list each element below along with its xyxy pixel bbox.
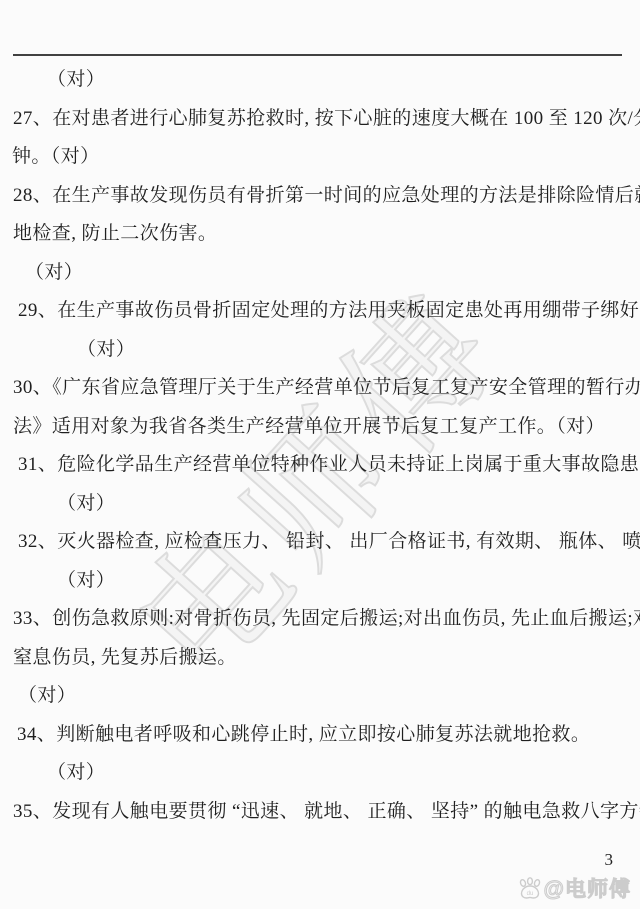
document-line-16: 窒息伤员, 先复苏后搬运。: [8, 639, 634, 678]
document-line-11: 31、危险化学品生产经营单位特种作业人员未持证上岗属于重大事故隐患。: [8, 446, 634, 485]
document-line-9: 30、《广东省应急管理厅关于生产经营单位节后复工复产安全管理的暂行办: [8, 369, 634, 408]
document-line-15: 33、创伤急救原则:对骨折伤员, 先固定后搬运;对出血伤员, 先止血后搬运;对: [8, 600, 634, 639]
document-line-3: 钟。（对）: [8, 138, 634, 177]
watermark-badge: du @电师傅: [517, 873, 631, 903]
svg-text:du: du: [526, 891, 533, 897]
document-line-17: （对）: [8, 677, 634, 716]
document-body: （对）27、在对患者进行心肺复苏抢救时, 按下心脏的速度大概在 100 至 12…: [8, 61, 634, 831]
document-line-8: （对）: [8, 331, 634, 370]
document-line-7: 29、在生产事故伤员骨折固定处理的方法用夹板固定患处再用绷带子绑好。: [8, 292, 634, 331]
header-rule: [13, 54, 622, 56]
document-line-2: 27、在对患者进行心肺复苏抢救时, 按下心脏的速度大概在 100 至 120 次…: [8, 100, 634, 139]
document-line-4: 28、在生产事故发现伤员有骨折第一时间的应急处理的方法是排除险情后就: [8, 177, 634, 216]
document-line-18: 34、判断触电者呼吸和心跳停止时, 应立即按心肺复苏法就地抢救。: [8, 716, 634, 755]
document-line-13: 32、灭火器检查, 应检查压力、 铅封、 出厂合格证书, 有效期、 瓶体、 喷管…: [8, 523, 634, 562]
paw-icon: du: [517, 876, 543, 900]
document-line-6: （对）: [8, 254, 634, 293]
document-line-20: 35、发现有人触电要贯彻 “迅速、 就地、 正确、 坚持” 的触电急救八字方针。: [8, 793, 634, 832]
document-line-14: （对）: [8, 562, 634, 601]
document-line-10: 法》适用对象为我省各类生产经营单位开展节后复工复产工作。（对）: [8, 408, 634, 447]
document-line-5: 地检查, 防止二次伤害。: [8, 215, 634, 254]
badge-handle: @电师傅: [544, 873, 631, 903]
document-line-19: （对）: [8, 754, 634, 793]
document-line-12: （对）: [8, 485, 634, 524]
document-page: 电师傅 （对）27、在对患者进行心肺复苏抢救时, 按下心脏的速度大概在 100 …: [0, 0, 640, 909]
document-line-1: （对）: [8, 61, 634, 100]
page-number: 3: [605, 850, 614, 870]
